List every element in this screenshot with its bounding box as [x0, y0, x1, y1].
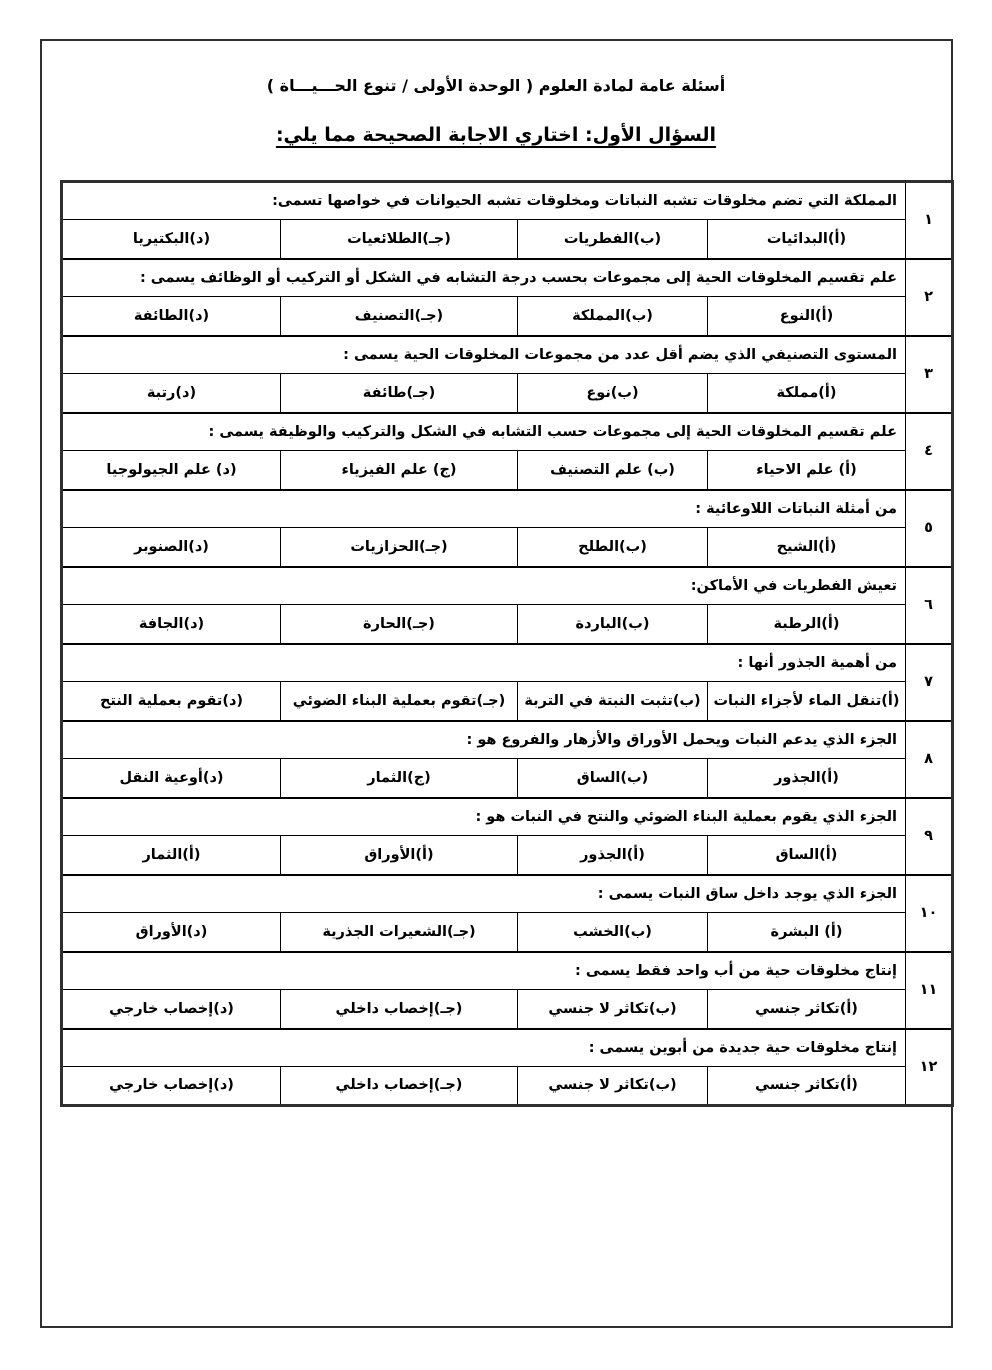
option-cell-b: (ب)الباردة: [518, 605, 708, 644]
option-cell-a: (أ)تنقل الماء لأجزاء النبات: [708, 682, 906, 721]
option-cell-d: (د)الطائفة: [62, 297, 281, 336]
option-cell-j: (جـ)الحارة: [281, 605, 518, 644]
answer-row: (أ)الساق(أ)الجذور(أ)الأوراق(أ)الثمار: [62, 836, 953, 875]
answer-row: (أ)الجذور(ب)الساق(ج)الثمار(د)أوعية النقل: [62, 759, 953, 798]
option-cell-j: (ج) علم الفيزياء: [281, 451, 518, 490]
option-cell-a: (أ)النوع: [708, 297, 906, 336]
header-title: أسئلة عامة لمادة العلوم ( الوحدة الأولى …: [0, 76, 992, 95]
question-number: ١١: [906, 952, 953, 1029]
question-number: ٨: [906, 721, 953, 798]
question-row: ١المملكة التي تضم مخلوقات تشبه النباتات …: [62, 182, 953, 220]
question-text: علم تقسيم المخلوقات الحية إلى مجموعات حس…: [62, 413, 906, 451]
option-cell-a: (أ)تكاثر جنسي: [708, 990, 906, 1029]
question-row: ٧من أهمية الجذور أنها :: [62, 644, 953, 682]
question-number: ٦: [906, 567, 953, 644]
question-row: ١٠الجزء الذي يوجد داخل ساق النبات يسمى :: [62, 875, 953, 913]
option-cell-j: (ج)الثمار: [281, 759, 518, 798]
option-cell-b: (ب)تثبت النبتة في التربة: [518, 682, 708, 721]
question-text: من أهمية الجذور أنها :: [62, 644, 906, 682]
option-cell-d: (د)الجافة: [62, 605, 281, 644]
option-cell-b: (ب) علم التصنيف: [518, 451, 708, 490]
question-row: ٤علم تقسيم المخلوقات الحية إلى مجموعات ح…: [62, 413, 953, 451]
answer-row: (أ)البدائيات(ب)الفطريات(جـ)الطلائعيات(د)…: [62, 220, 953, 259]
question-number: ١٠: [906, 875, 953, 952]
option-cell-b: (ب)تكاثر لا جنسي: [518, 1067, 708, 1106]
question-text: إنتاج مخلوقات حية من أب واحد فقط يسمى :: [62, 952, 906, 990]
question-text: من أمثلة النباتات اللاوعائية :: [62, 490, 906, 528]
option-cell-j: (أ)الأوراق: [281, 836, 518, 875]
question-text: المستوى التصنيفي الذي يضم أقل عدد من مجم…: [62, 336, 906, 374]
question-number: ٩: [906, 798, 953, 875]
option-cell-a: (أ)الشيح: [708, 528, 906, 567]
question-text: الجزء الذي يدعم النبات ويحمل الأوراق وال…: [62, 721, 906, 759]
option-cell-a: (أ) البشرة: [708, 913, 906, 952]
answer-row: (أ)النوع(ب)المملكة(جـ)التصنيف(د)الطائفة: [62, 297, 953, 336]
question-text: الجزء الذي يقوم بعملية البناء الضوئي وال…: [62, 798, 906, 836]
option-cell-b: (ب)المملكة: [518, 297, 708, 336]
option-cell-j: (جـ)الحزازيات: [281, 528, 518, 567]
question-text: علم تقسيم المخلوقات الحية إلى مجموعات بح…: [62, 259, 906, 297]
answer-row: (أ)الشيح(ب)الطلح(جـ)الحزازيات(د)الصنوبر: [62, 528, 953, 567]
option-cell-j: (جـ)إخصاب داخلي: [281, 990, 518, 1029]
question-row: ٩الجزء الذي يقوم بعملية البناء الضوئي وا…: [62, 798, 953, 836]
option-cell-a: (أ)مملكة: [708, 374, 906, 413]
question-number: ١٢: [906, 1029, 953, 1106]
option-cell-b: (ب)الفطريات: [518, 220, 708, 259]
answer-row: (أ) البشرة(ب)الخشب(جـ)الشعيرات الجذرية(د…: [62, 913, 953, 952]
answer-row: (أ) علم الاحياء(ب) علم التصنيف(ج) علم ال…: [62, 451, 953, 490]
option-cell-j: (جـ)الطلائعيات: [281, 220, 518, 259]
option-cell-b: (ب)الساق: [518, 759, 708, 798]
option-cell-d: (د) علم الجيولوجيا: [62, 451, 281, 490]
option-cell-d: (أ)الثمار: [62, 836, 281, 875]
answer-row: (أ)الرطبة(ب)الباردة(جـ)الحارة(د)الجافة: [62, 605, 953, 644]
question-row: ٢علم تقسيم المخلوقات الحية إلى مجموعات ب…: [62, 259, 953, 297]
question-number: ٢: [906, 259, 953, 336]
option-cell-j: (جـ)تقوم بعملية البناء الضوئي: [281, 682, 518, 721]
option-cell-d: (د)الصنوبر: [62, 528, 281, 567]
option-cell-d: (د)إخصاب خارجي: [62, 990, 281, 1029]
question-text: المملكة التي تضم مخلوقات تشبه النباتات و…: [62, 182, 906, 220]
question-number: ١: [906, 182, 953, 259]
option-cell-a: (أ)الرطبة: [708, 605, 906, 644]
option-cell-d: (د)تقوم بعملية النتح: [62, 682, 281, 721]
option-cell-d: (د)البكتيريا: [62, 220, 281, 259]
question-row: ٥من أمثلة النباتات اللاوعائية :: [62, 490, 953, 528]
option-cell-j: (جـ)طائفة: [281, 374, 518, 413]
question-number: ٣: [906, 336, 953, 413]
option-cell-j: (جـ)إخصاب داخلي: [281, 1067, 518, 1106]
question-row: ١٢إنتاج مخلوقات حية جديدة من أبوين يسمى …: [62, 1029, 953, 1067]
question-number: ٧: [906, 644, 953, 721]
option-cell-b: (ب)الطلح: [518, 528, 708, 567]
question-row: ١١إنتاج مخلوقات حية من أب واحد فقط يسمى …: [62, 952, 953, 990]
option-cell-d: (د)الأوراق: [62, 913, 281, 952]
question-number: ٥: [906, 490, 953, 567]
option-cell-b: (ب)الخشب: [518, 913, 708, 952]
option-cell-a: (أ)الساق: [708, 836, 906, 875]
option-cell-d: (د)رتبة: [62, 374, 281, 413]
option-cell-d: (د)إخصاب خارجي: [62, 1067, 281, 1106]
option-cell-b: (أ)الجذور: [518, 836, 708, 875]
option-cell-a: (أ)الجذور: [708, 759, 906, 798]
section-title: السؤال الأول: اختاري الاجابة الصحيحة مما…: [0, 124, 992, 146]
question-text: الجزء الذي يوجد داخل ساق النبات يسمى :: [62, 875, 906, 913]
question-text: إنتاج مخلوقات حية جديدة من أبوين يسمى :: [62, 1029, 906, 1067]
answer-row: (أ)تكاثر جنسي(ب)تكاثر لا جنسي(جـ)إخصاب د…: [62, 1067, 953, 1106]
question-number: ٤: [906, 413, 953, 490]
option-cell-j: (جـ)التصنيف: [281, 297, 518, 336]
option-cell-b: (ب)نوع: [518, 374, 708, 413]
option-cell-j: (جـ)الشعيرات الجذرية: [281, 913, 518, 952]
option-cell-b: (ب)تكاثر لا جنسي: [518, 990, 708, 1029]
answer-row: (أ)تكاثر جنسي(ب)تكاثر لا جنسي(جـ)إخصاب د…: [62, 990, 953, 1029]
question-text: تعيش الفطريات في الأماكن:: [62, 567, 906, 605]
option-cell-a: (أ)البدائيات: [708, 220, 906, 259]
question-row: ٦تعيش الفطريات في الأماكن:: [62, 567, 953, 605]
question-row: ٨الجزء الذي يدعم النبات ويحمل الأوراق وا…: [62, 721, 953, 759]
option-cell-d: (د)أوعية النقل: [62, 759, 281, 798]
option-cell-a: (أ)تكاثر جنسي: [708, 1067, 906, 1106]
quiz-table: ١المملكة التي تضم مخلوقات تشبه النباتات …: [60, 180, 954, 1107]
option-cell-a: (أ) علم الاحياء: [708, 451, 906, 490]
question-row: ٣المستوى التصنيفي الذي يضم أقل عدد من مج…: [62, 336, 953, 374]
answer-row: (أ)مملكة(ب)نوع(جـ)طائفة(د)رتبة: [62, 374, 953, 413]
answer-row: (أ)تنقل الماء لأجزاء النبات(ب)تثبت النبت…: [62, 682, 953, 721]
